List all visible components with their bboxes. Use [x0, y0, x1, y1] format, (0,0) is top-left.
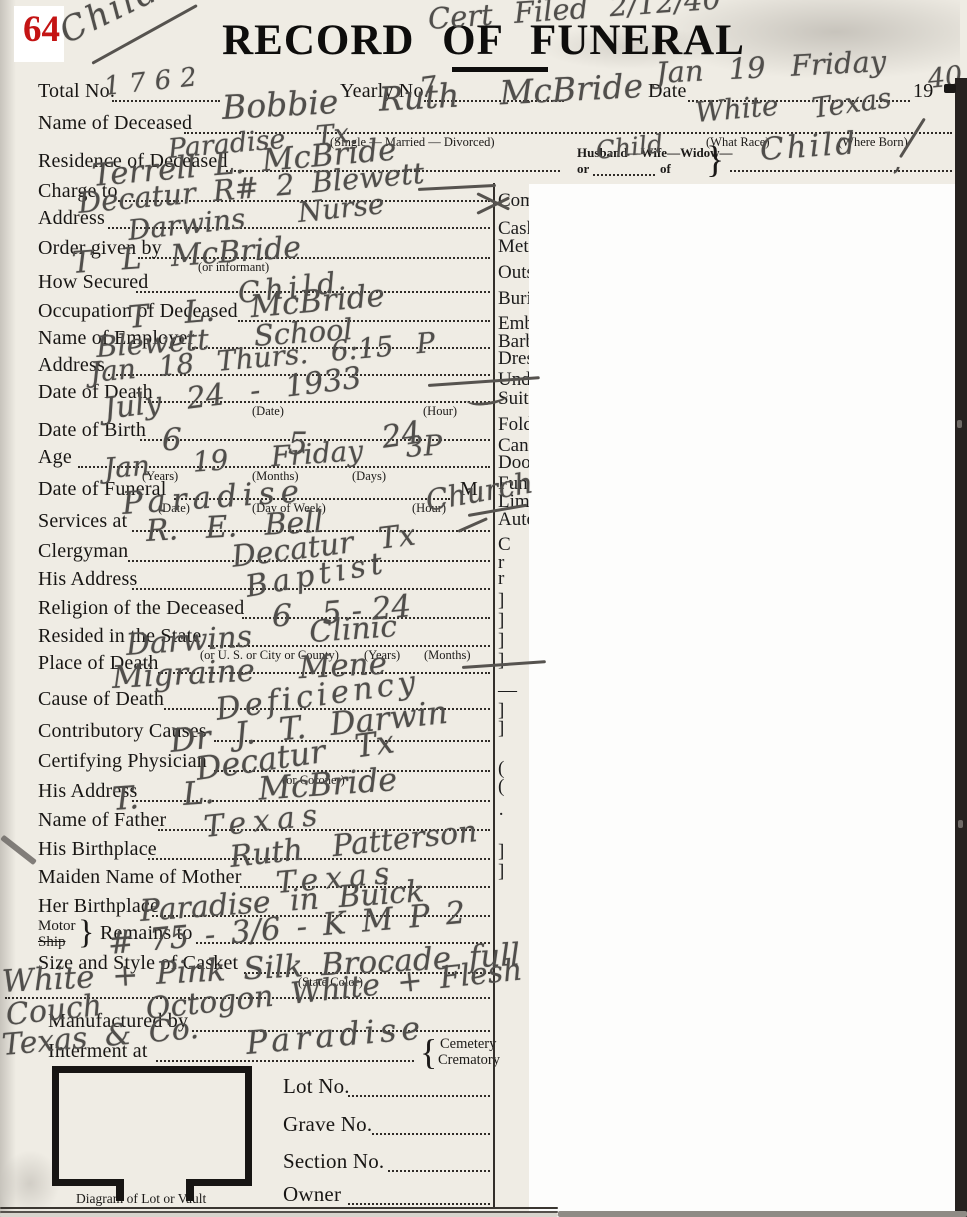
right-col-small-fragment: — — [498, 680, 517, 702]
bottom-edge-band-left — [0, 1213, 558, 1217]
column-divider-rule — [493, 183, 495, 1209]
lot-no-label: Lot No. — [283, 1074, 350, 1099]
section-no-label: Section No. — [283, 1149, 384, 1174]
cemetery-label: Cemetery — [440, 1036, 496, 1053]
bottom-edge-band-right — [558, 1211, 967, 1217]
age-days-sublabel: (Days) — [352, 469, 386, 484]
relation-of: of — [660, 161, 671, 177]
owner-label: Owner — [283, 1182, 341, 1207]
scan-edge-strip — [955, 78, 967, 1217]
mother-label: Maiden Name of Mother — [38, 866, 242, 889]
right-col-small-fragment: r — [498, 568, 504, 590]
relation-or: or — [577, 161, 589, 177]
bottom-rule-1 — [0, 1207, 558, 1209]
interment-at-dots — [156, 1060, 414, 1062]
grave-no-dots — [372, 1133, 490, 1135]
right-col-fragment-folding: Fold — [498, 414, 533, 436]
relation-value: Child — [759, 125, 860, 168]
relation-comma: , — [893, 146, 902, 177]
relation-dots — [730, 170, 952, 172]
interment-at-value: Paradise — [244, 1008, 426, 1062]
right-col-small-fragment: ] — [498, 650, 504, 672]
relation-dots-small — [593, 174, 655, 176]
scan-edge-mark-1 — [944, 84, 956, 93]
his-address1-label: His Address — [38, 568, 137, 591]
motor-label: Motor — [38, 918, 76, 935]
dod-hour-sublabel: (Hour) — [423, 404, 457, 419]
right-col-small-fragment: ( — [498, 776, 504, 798]
pen-tail-charge — [418, 184, 496, 191]
scan-edge-mark-3 — [958, 820, 963, 828]
grave-no-label: Grave No. — [283, 1112, 372, 1137]
race-value: White — [694, 89, 780, 129]
right-col-small-fragment: ] — [498, 630, 504, 652]
born-value: Texas — [810, 81, 894, 125]
services-at-label: Services at — [38, 510, 127, 533]
lot-vault-diagram-leg-right — [186, 1184, 194, 1201]
right-col-small-fragment: ] — [498, 718, 504, 740]
scanned-funeral-record: 64 Child Cert Filed 2/12/40 RECORD OF FU… — [0, 0, 967, 1217]
lot-no-dots — [348, 1095, 490, 1097]
total-no-value: 1762 — [102, 61, 207, 102]
clergyman-label: Clergyman — [38, 540, 128, 563]
total-no-dots — [112, 100, 220, 102]
right-col-small-fragment: ] — [498, 590, 504, 612]
lot-vault-diagram-gap — [124, 1179, 186, 1187]
age-label: Age — [38, 446, 72, 469]
scan-edge-mark-2 — [957, 420, 962, 428]
right-col-small-fragment: ] — [498, 610, 504, 632]
blank-right-panel — [529, 184, 956, 1217]
right-col-small-fragment: · — [498, 804, 504, 826]
section-no-dots — [388, 1170, 490, 1172]
resided-sub3: (Months) — [424, 648, 471, 663]
name-of-deceased-label: Name of Deceased — [38, 112, 192, 135]
right-col-small-fragment: ] — [498, 841, 504, 863]
right-col-fragment-burial: Buri — [498, 288, 532, 310]
ship-label: Ship — [38, 934, 66, 951]
remains-brace: } — [78, 914, 94, 952]
right-col-small-fragment: ] — [498, 861, 504, 883]
lot-vault-diagram-leg-left — [116, 1184, 124, 1201]
crematory-label: Crematory — [438, 1052, 500, 1069]
his-birthplace-label: His Birthplace — [38, 838, 157, 861]
relation-brace: } — [706, 138, 724, 182]
religion-label: Religion of the Deceased — [38, 597, 244, 620]
lot-vault-diagram — [52, 1066, 252, 1186]
owner-dots — [348, 1203, 490, 1205]
